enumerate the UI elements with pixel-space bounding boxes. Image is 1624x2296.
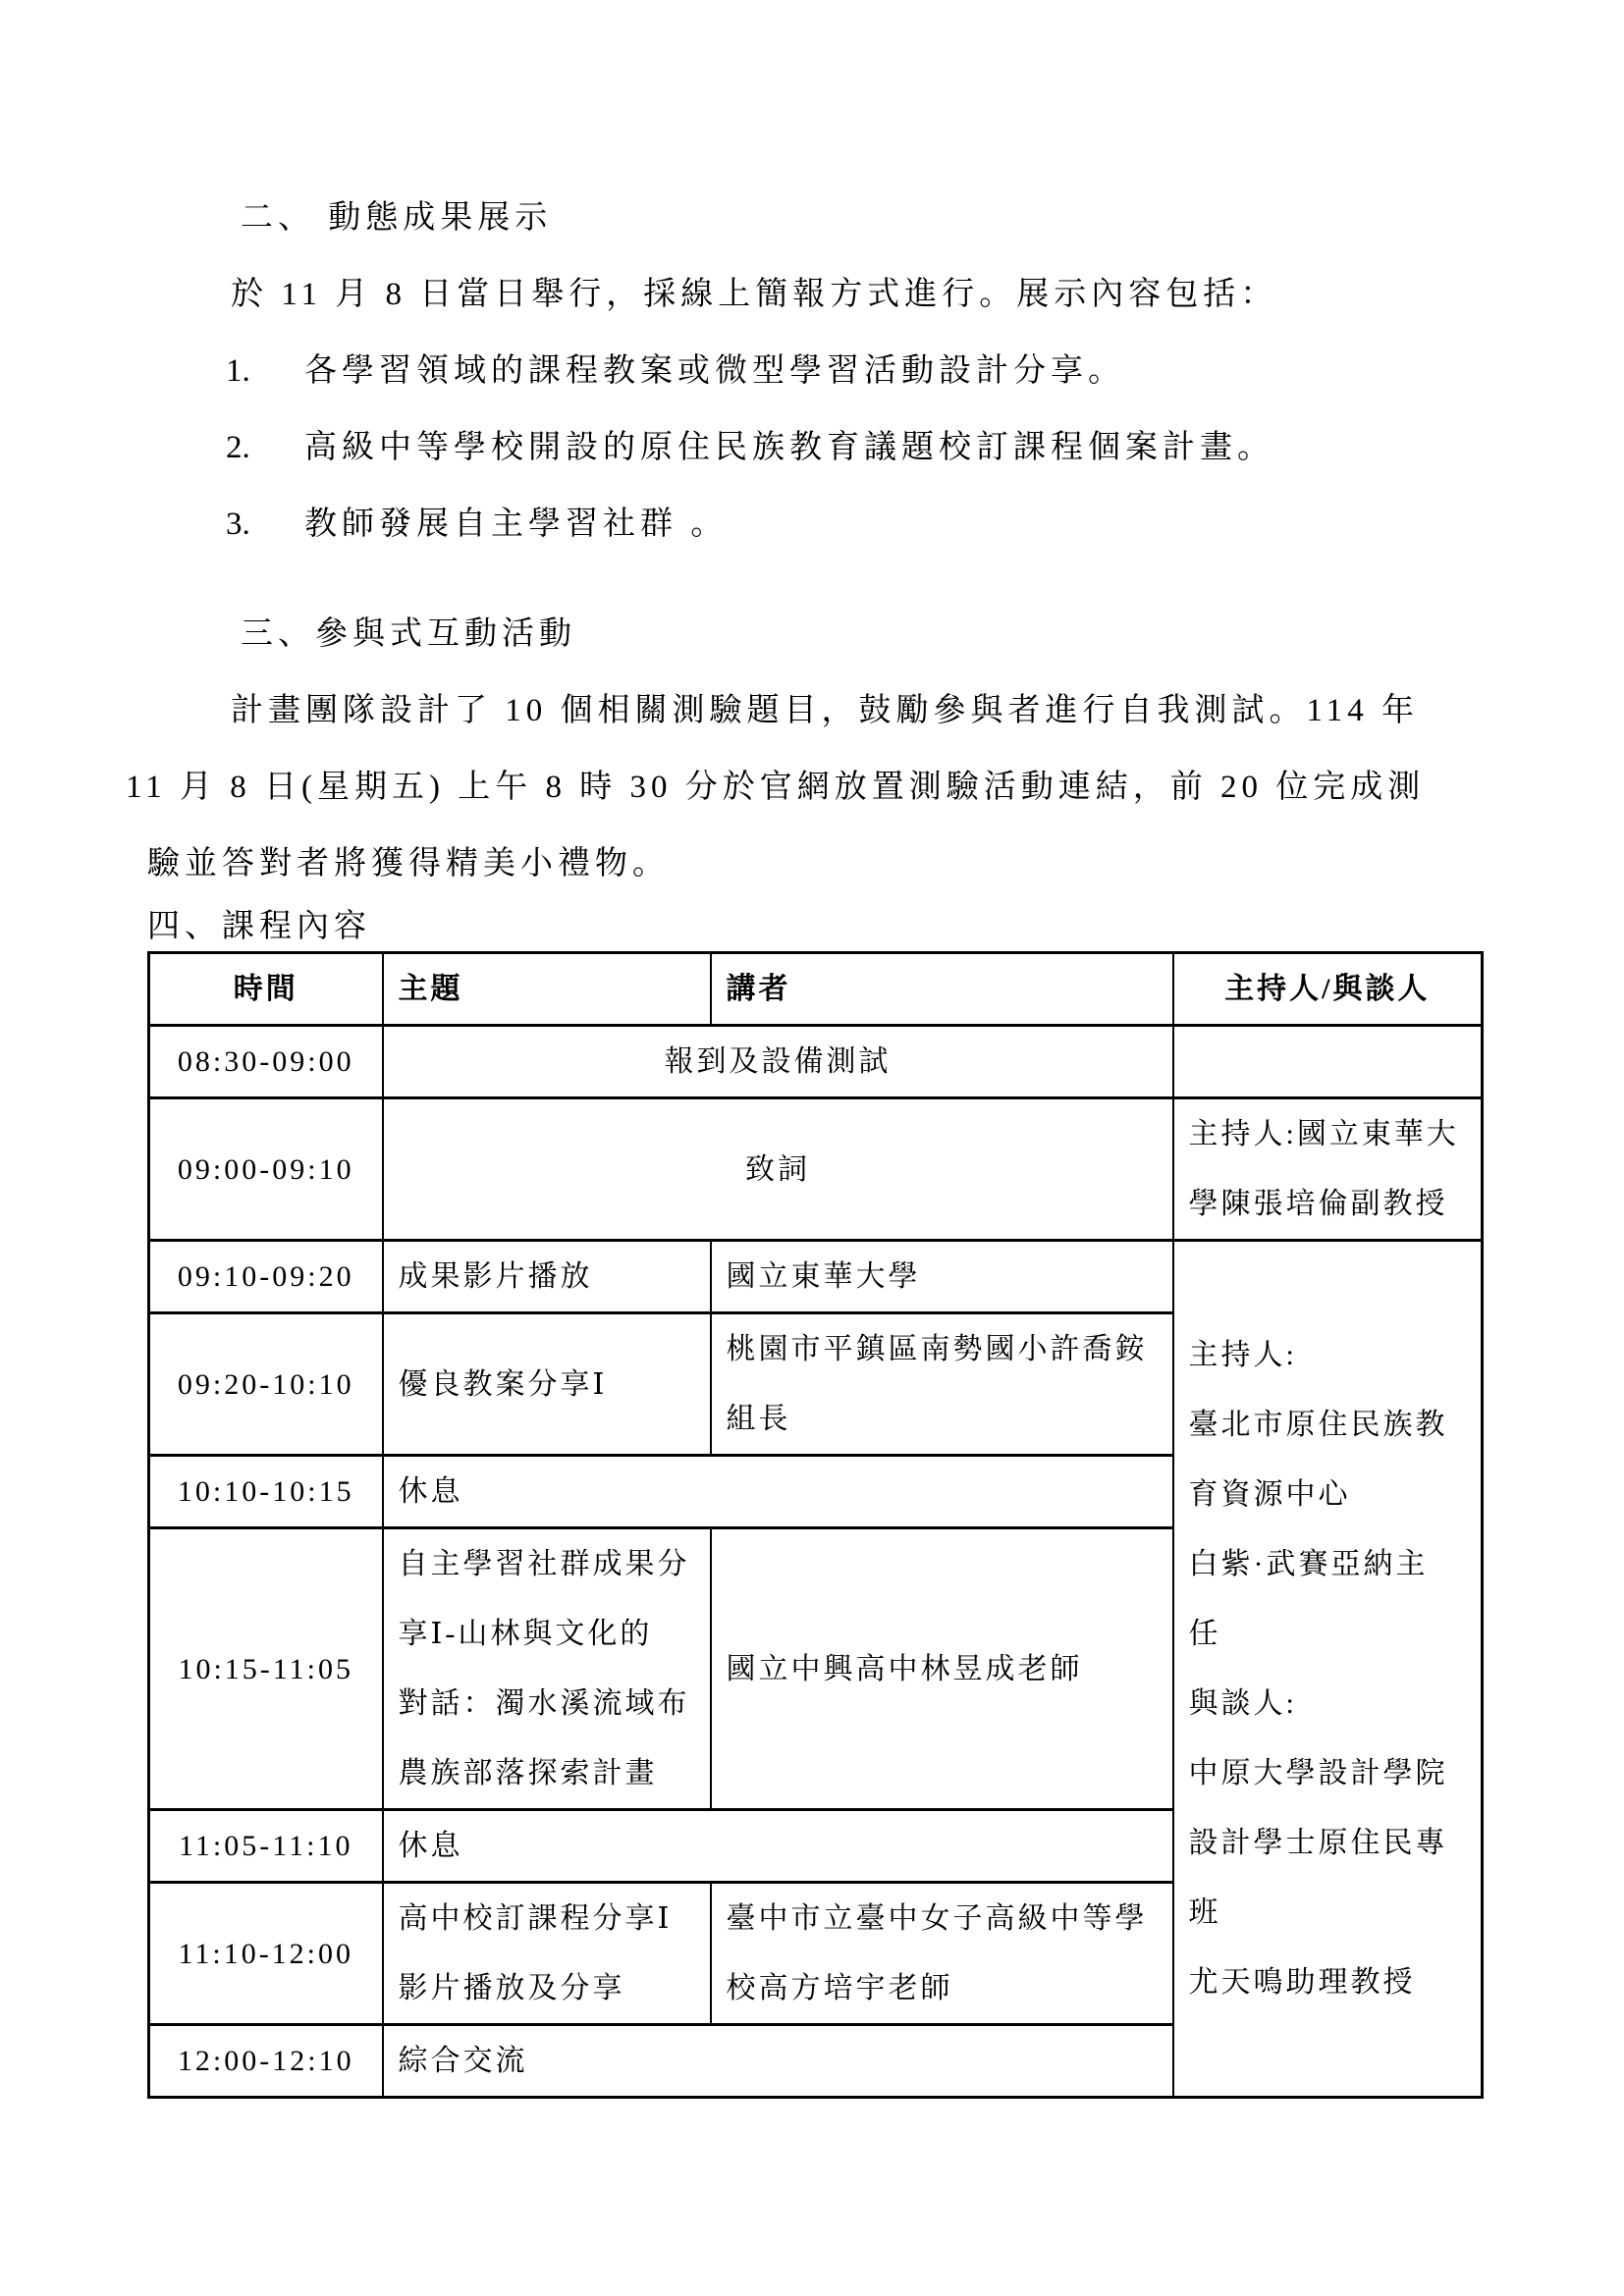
cell-topic: 成果影片播放 [383,1241,711,1313]
section4-heading: 四、課程內容 [147,902,1516,951]
cell-time: 09:10-09:20 [149,1241,383,1313]
cell-activity: 報到及設備測試 [383,1026,1173,1098]
section3-paragraph-line: 驗並答對者將獲得精美小禮物。 [147,826,1516,902]
header-topic: 主題 [383,953,711,1026]
section3-heading: 三、參與式互動活動 [147,596,1516,672]
cell-topic: 自主學習社群成果分 享Ⅰ-山林與文化的 對話：濁水溪流域布 農族部落探索計畫 [383,1528,711,1810]
list-item: 1. 各學習領域的課程教案或微型學習活動設計分享。 [147,333,1516,409]
list-item-text: 高級中等學校開設的原住民族教育議題校訂課程個案計畫。 [304,409,1516,486]
cell-time: 10:10-10:15 [149,1456,383,1528]
table-row: 08:30-09:00 報到及設備測試 [149,1026,1483,1098]
cell-topic: 優良教案分享Ⅰ [383,1313,711,1456]
cell-speaker: 國立中興高中林昱成老師 [711,1528,1173,1810]
list-item-text: 各學習領域的課程教案或微型學習活動設計分享。 [304,333,1516,409]
cell-activity: 致詞 [383,1098,1173,1241]
cell-topic: 高中校訂課程分享Ⅰ 影片播放及分享 [383,1883,711,2025]
document-page: 二、 動態成果展示 於 11 月 8 日當日舉行，採線上簡報方式進行。展示內容包… [0,0,1624,2296]
table-header-row: 時間 主題 講者 主持人/與談人 [149,953,1483,1026]
cell-host: 主持人:國立東華大 學陳張培倫副教授 [1173,1098,1483,1241]
header-time: 時間 [149,953,383,1026]
cell-time: 11:10-12:00 [149,1883,383,2025]
cell-activity: 綜合交流 [383,2025,1173,2098]
cell-time: 08:30-09:00 [149,1026,383,1098]
cell-speaker: 桃園市平鎮區南勢國小許喬銨 組長 [711,1313,1173,1456]
schedule-table: 時間 主題 講者 主持人/與談人 08:30-09:00 報到及設備測試 09:… [147,951,1484,2099]
header-speaker: 講者 [711,953,1173,1026]
header-host: 主持人/與談人 [1173,953,1483,1026]
cell-activity: 休息 [383,1810,1173,1883]
section2-heading: 二、 動態成果展示 [147,180,1516,256]
cell-host-empty [1173,1026,1483,1098]
cell-time: 09:20-10:10 [149,1313,383,1456]
cell-activity: 休息 [383,1456,1173,1528]
cell-time: 11:05-11:10 [149,1810,383,1883]
cell-speaker: 國立東華大學 [711,1241,1173,1313]
cell-time: 10:15-11:05 [149,1528,383,1810]
cell-time: 09:00-09:10 [149,1098,383,1241]
cell-host-merged: 主持人: 臺北市原住民族教 育資源中心 白紫·武賽亞納主 任 與談人: 中原大學… [1173,1241,1483,2098]
cell-time: 12:00-12:10 [149,2025,383,2098]
table-row: 09:10-09:20 成果影片播放 國立東華大學 主持人: 臺北市原住民族教 … [149,1241,1483,1313]
list-item-number: 1. [147,333,304,409]
list-item-number: 3. [147,486,304,562]
list-item-number: 2. [147,409,304,486]
list-item-text: 教師發展自主學習社群 。 [304,486,1516,562]
table-row: 09:00-09:10 致詞 主持人:國立東華大 學陳張培倫副教授 [149,1098,1483,1241]
spacer [147,562,1516,596]
list-item: 2. 高級中等學校開設的原住民族教育議題校訂課程個案計畫。 [147,409,1516,486]
section3-paragraph-line: 計畫團隊設計了 10 個相關測驗題目，鼓勵參與者進行自我測試。114 年 [147,672,1516,749]
section2-intro: 於 11 月 8 日當日舉行，採線上簡報方式進行。展示內容包括： [147,256,1516,333]
list-item: 3. 教師發展自主學習社群 。 [147,486,1516,562]
cell-speaker: 臺中市立臺中女子高級中等學 校高方培宇老師 [711,1883,1173,2025]
section3-paragraph-line: 11 月 8 日(星期五) 上午 8 時 30 分於官網放置測驗活動連結，前 2… [126,749,1516,826]
